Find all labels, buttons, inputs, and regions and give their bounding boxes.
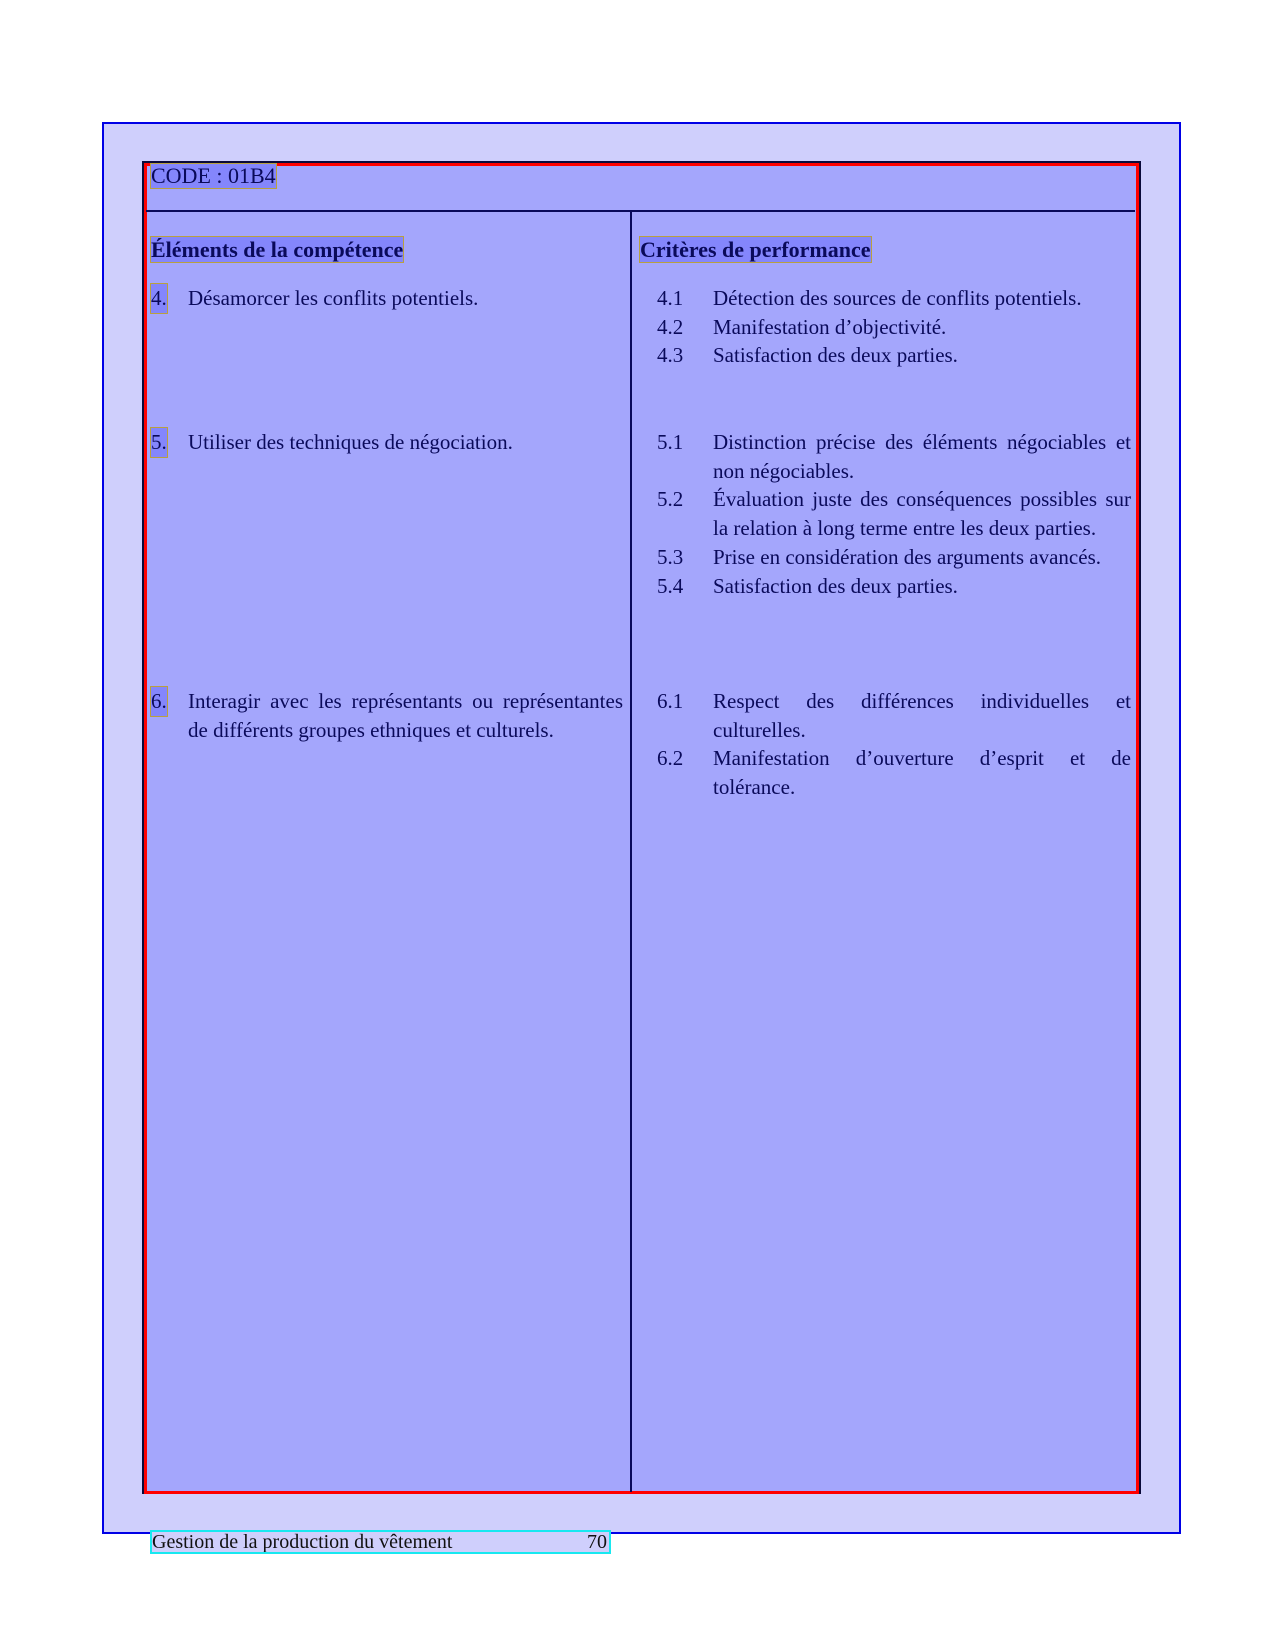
criterion-text: Respect des différences individuelles et… [713,687,1131,744]
criterion-text: Satisfaction des deux parties. [713,572,1131,601]
criterion-number: 5.3 [657,543,683,572]
criterion-number: 5.2 [657,485,683,514]
criterion-item: 5.2 Évaluation juste des conséquences po… [657,485,1131,542]
code-label: CODE : 01B4 [151,164,276,188]
criterion-item: 5.4 Satisfaction des deux parties. [657,572,1131,601]
criterion-number: 5.4 [657,572,683,601]
page-footer: Gestion de la production du vêtement 70 [152,1532,609,1552]
criterion-text: Manifestation d’ouverture d’esprit et de… [713,744,1131,801]
element-row: 6. Interagir avec les représentants ou r… [151,687,623,744]
criterion-item: 6.2 Manifestation d’ouverture d’esprit e… [657,744,1131,801]
element-number: 6. [151,687,167,716]
page-number: 70 [587,1532,607,1552]
criterion-number: 6.2 [657,744,683,773]
criterion-text: Évaluation juste des conséquences possib… [713,485,1131,542]
criterion-item: 5.1 Distinction précise des éléments nég… [657,428,1131,485]
criterion-item: 5.3 Prise en considération des arguments… [657,543,1131,572]
criterion-text: Distinction précise des éléments négocia… [713,428,1131,485]
header-divider [146,210,1135,212]
criteria-list: 4.1 Détection des sources de conflits po… [657,284,1131,370]
element-row: 5. Utiliser des techniques de négociatio… [151,428,623,457]
criterion-number: 4.3 [657,341,683,370]
criterion-text: Manifestation d’objectivité. [713,313,1131,342]
criterion-item: 4.2 Manifestation d’objectivité. [657,313,1131,342]
footer-title: Gestion de la production du vêtement [152,1531,452,1553]
criterion-item: 6.1 Respect des différences individuelle… [657,687,1131,744]
criterion-number: 6.1 [657,687,683,716]
criterion-number: 4.2 [657,313,683,342]
criterion-item: 4.1 Détection des sources de conflits po… [657,284,1131,313]
column-divider [630,211,632,1492]
element-text: Désamorcer les conflits potentiels. [188,284,623,313]
criterion-text: Satisfaction des deux parties. [713,341,1131,370]
element-number: 4. [151,284,167,313]
column-header-criteria: Critères de performance [640,237,871,262]
criterion-number: 5.1 [657,428,683,457]
element-row: 4. Désamorcer les conflits potentiels. [151,284,623,313]
element-number: 5. [151,428,167,457]
criterion-text: Prise en considération des arguments ava… [713,543,1131,572]
element-text: Interagir avec les représentants ou repr… [188,687,623,744]
criterion-number: 4.1 [657,284,683,313]
criteria-list: 5.1 Distinction précise des éléments nég… [657,428,1131,600]
column-header-elements: Éléments de la compétence [151,237,403,262]
criterion-item: 4.3 Satisfaction des deux parties. [657,341,1131,370]
criterion-text: Détection des sources de conflits potent… [713,284,1131,313]
criteria-list: 6.1 Respect des différences individuelle… [657,687,1131,802]
element-text: Utiliser des techniques de négociation. [188,428,623,457]
